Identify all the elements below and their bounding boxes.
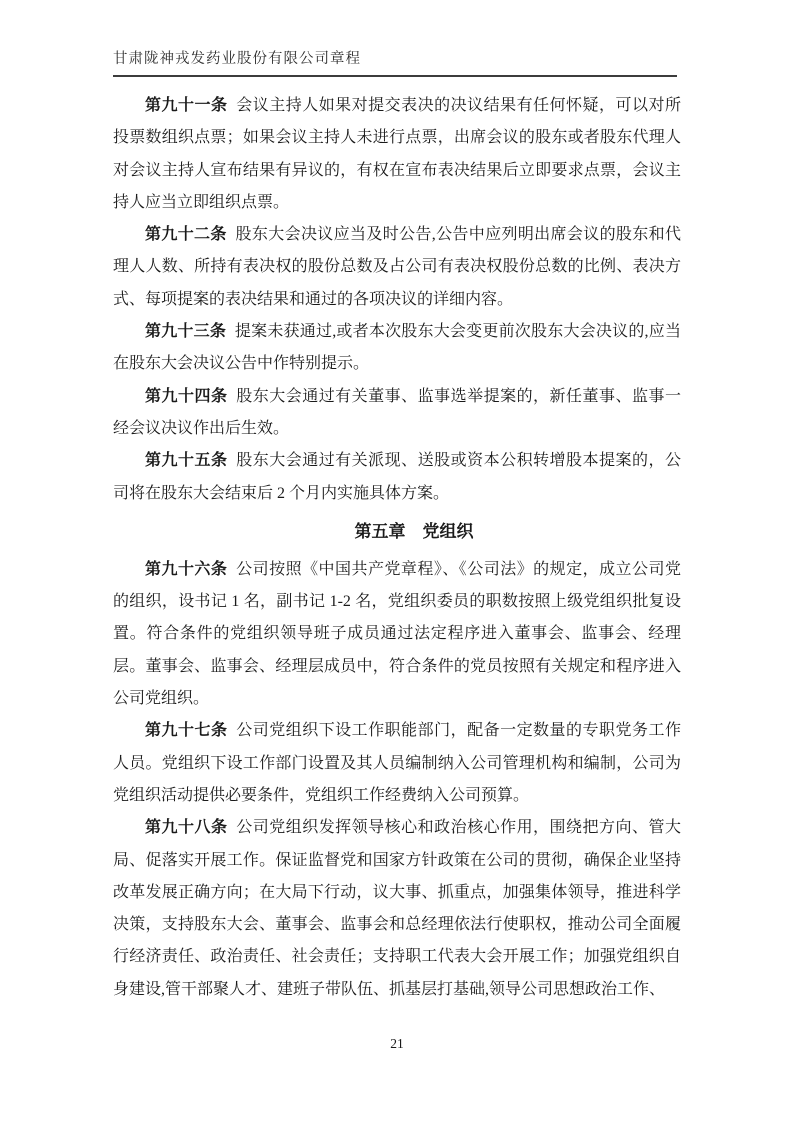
article-number: 第九十八条: [145, 819, 227, 836]
article-paragraph: 第九十一条会议主持人如果对提交表决的决议结果有任何怀疑，可以对所投票数组织点票；…: [113, 90, 681, 219]
article-paragraph: 第九十三条提案未获通过,或者本次股东大会变更前次股东大会决议的,应当在股东大会决…: [113, 316, 681, 381]
article-number: 第九十三条: [145, 323, 226, 340]
article-text: 公司党组织发挥领导核心和政治核心作用，围绕把方向、管大局、促落实开展工作。保证监…: [113, 819, 681, 997]
article-number: 第九十二条: [145, 226, 227, 243]
article-number: 第九十一条: [145, 97, 227, 114]
document-body: 第九十一条会议主持人如果对提交表决的决议结果有任何怀疑，可以对所投票数组织点票；…: [113, 90, 681, 1006]
page-footer: 21: [0, 1036, 794, 1052]
document-title: 甘肃陇神戎发药业股份有限公司章程: [113, 51, 361, 67]
article-paragraph: 第九十二条股东大会决议应当及时公告,公告中应列明出席会议的股东和代理人人数、所持…: [113, 219, 681, 316]
document-page: 甘肃陇神戎发药业股份有限公司章程 第九十一条会议主持人如果对提交表决的决议结果有…: [0, 0, 794, 1122]
article-paragraph: 第九十四条股东大会通过有关董事、监事选举提案的，新任董事、监事一经会议决议作出后…: [113, 381, 681, 446]
article-paragraph: 第九十七条公司党组织下设工作职能部门，配备一定数量的专职党务工作人员。党组织下设…: [113, 715, 681, 812]
article-number: 第九十七条: [145, 722, 227, 739]
article-number: 第九十五条: [145, 452, 227, 469]
article-paragraph: 第九十六条公司按照《中国共产党章程》、《公司法》的规定，成立公司党的组织，设书记…: [113, 554, 681, 715]
article-text: 会议主持人如果对提交表决的决议结果有任何怀疑，可以对所投票数组织点票；如果会议主…: [113, 97, 681, 211]
article-number: 第九十四条: [145, 388, 227, 405]
article-paragraph: 第九十五条股东大会通过有关派现、送股或资本公积转增股本提案的，公司将在股东大会结…: [113, 445, 681, 510]
page-header: 甘肃陇神戎发药业股份有限公司章程: [113, 50, 677, 77]
chapter-heading: 第五章 党组织: [113, 510, 681, 554]
article-paragraph: 第九十八条公司党组织发挥领导核心和政治核心作用，围绕把方向、管大局、促落实开展工…: [113, 812, 681, 1006]
article-number: 第九十六条: [145, 561, 227, 578]
article-text: 公司按照《中国共产党章程》、《公司法》的规定，成立公司党的组织，设书记 1 名，…: [113, 561, 681, 707]
page-number: 21: [390, 1036, 404, 1051]
